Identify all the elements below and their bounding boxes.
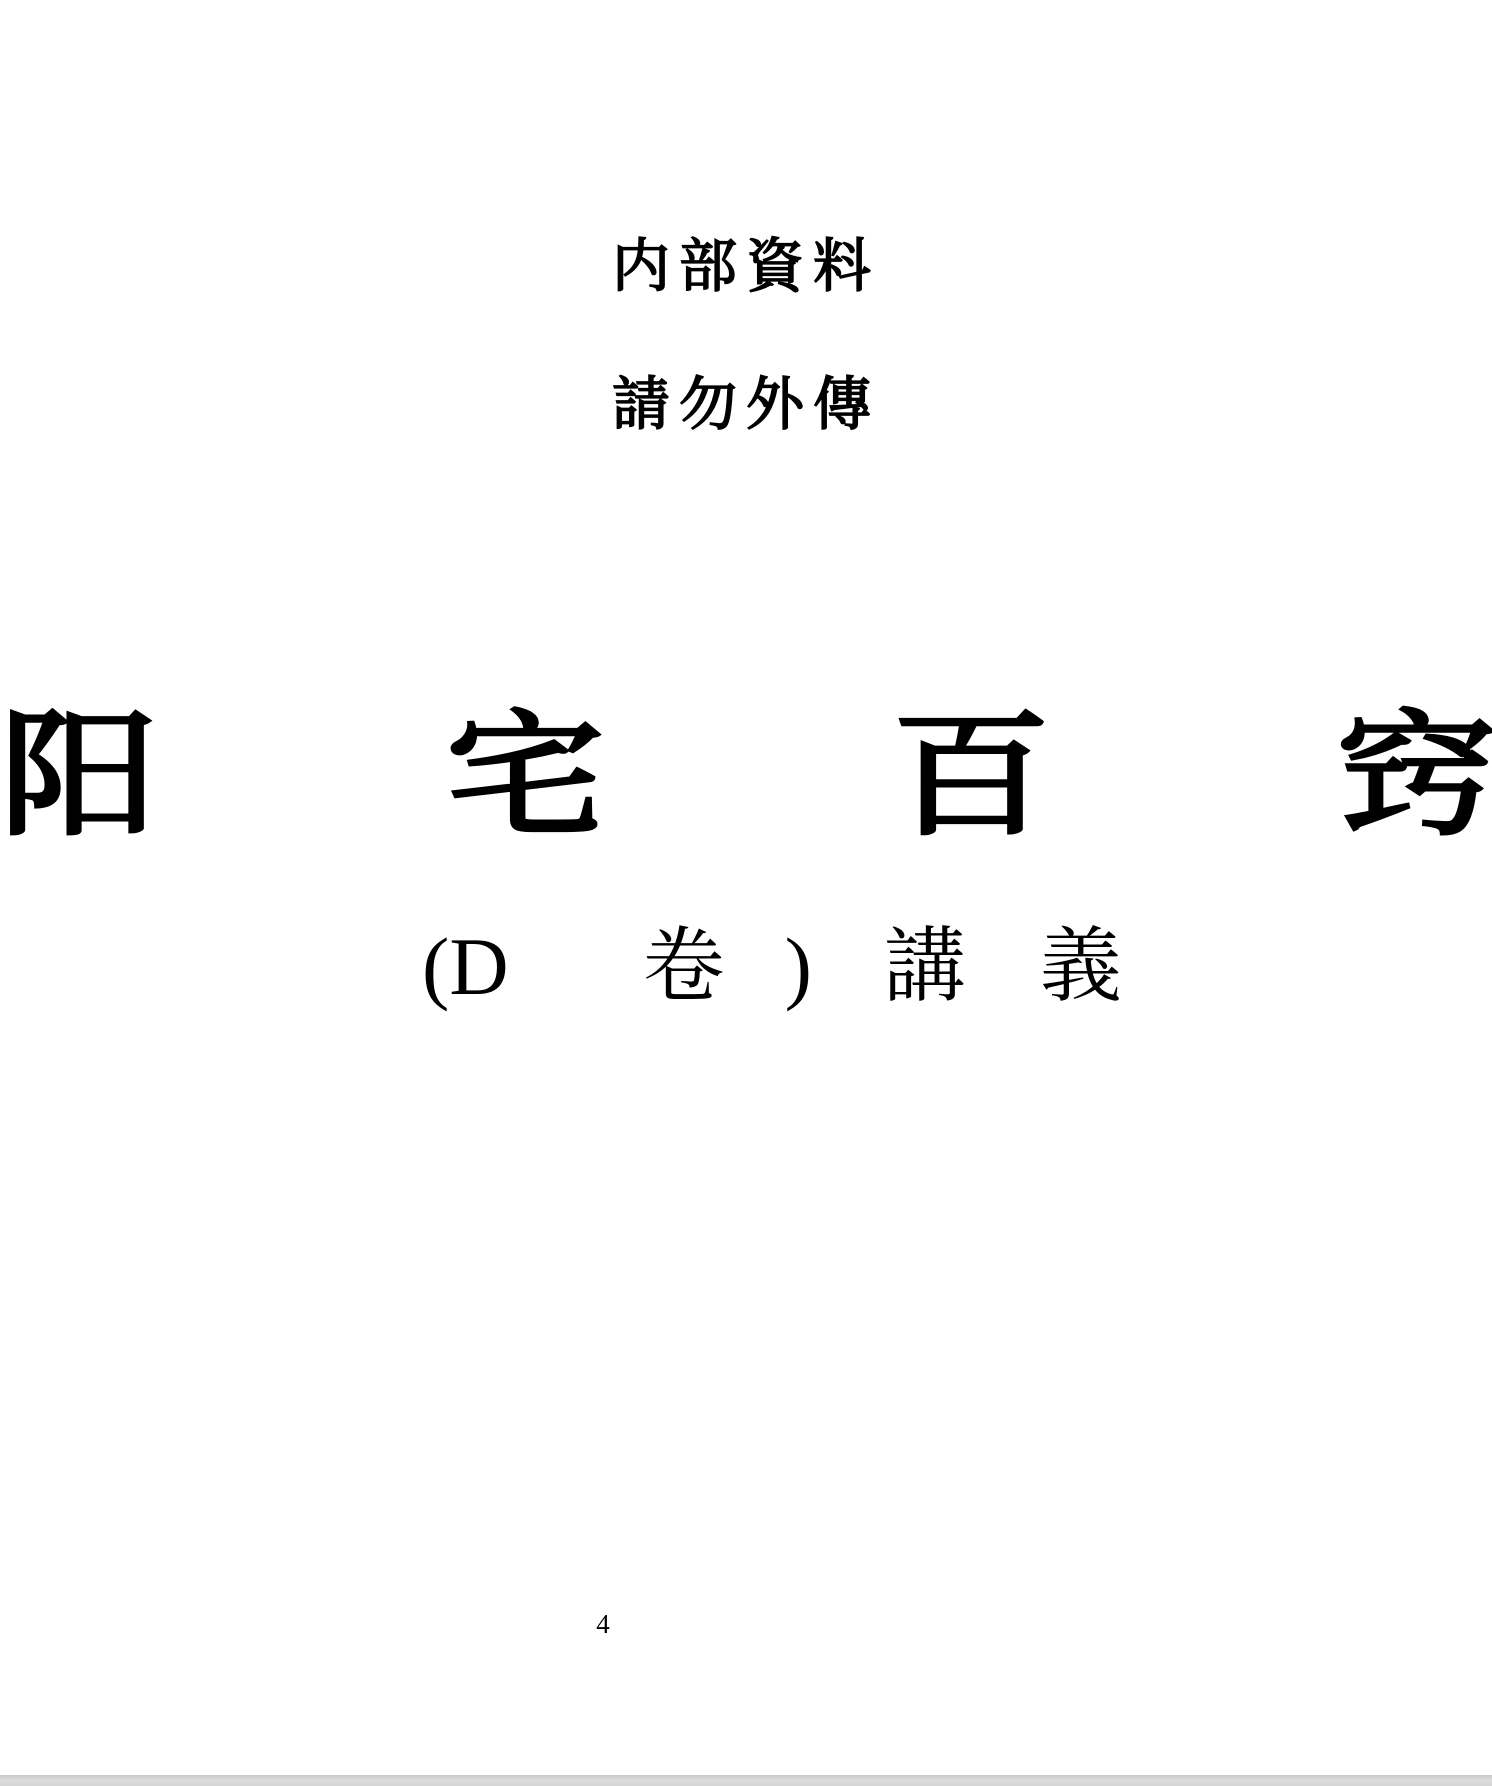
title-char-2: 宅 <box>445 698 604 855</box>
subtitle-volume-char: 卷 <box>643 916 725 1019</box>
title-char-1: 阳 <box>0 698 159 855</box>
document-page: 内部資料 請勿外傳 阳 宅 百 窍 (D 卷 ) 講 義 4 <box>0 0 1492 1786</box>
subtitle-lecture-char-1: 講 <box>884 916 966 1019</box>
subtitle-paren-close: ) <box>785 916 812 1019</box>
subtitle-paren-open-volume-letter: (D <box>422 916 509 1019</box>
confidentiality-notice-line-2: 請勿外傳 <box>0 376 1492 434</box>
page-number: 4 <box>0 1610 1206 1640</box>
viewer-bottom-edge <box>0 1775 1492 1786</box>
confidentiality-notice-line-1: 内部資料 <box>0 238 1492 296</box>
document-subtitle: (D 卷 ) 講 義 <box>26 916 1492 1019</box>
subtitle-lecture-char-2: 義 <box>1040 916 1122 1019</box>
document-title: 阳 宅 百 窍 <box>8 698 1488 861</box>
title-char-3: 百 <box>891 698 1050 855</box>
title-char-4: 窍 <box>1337 698 1492 855</box>
